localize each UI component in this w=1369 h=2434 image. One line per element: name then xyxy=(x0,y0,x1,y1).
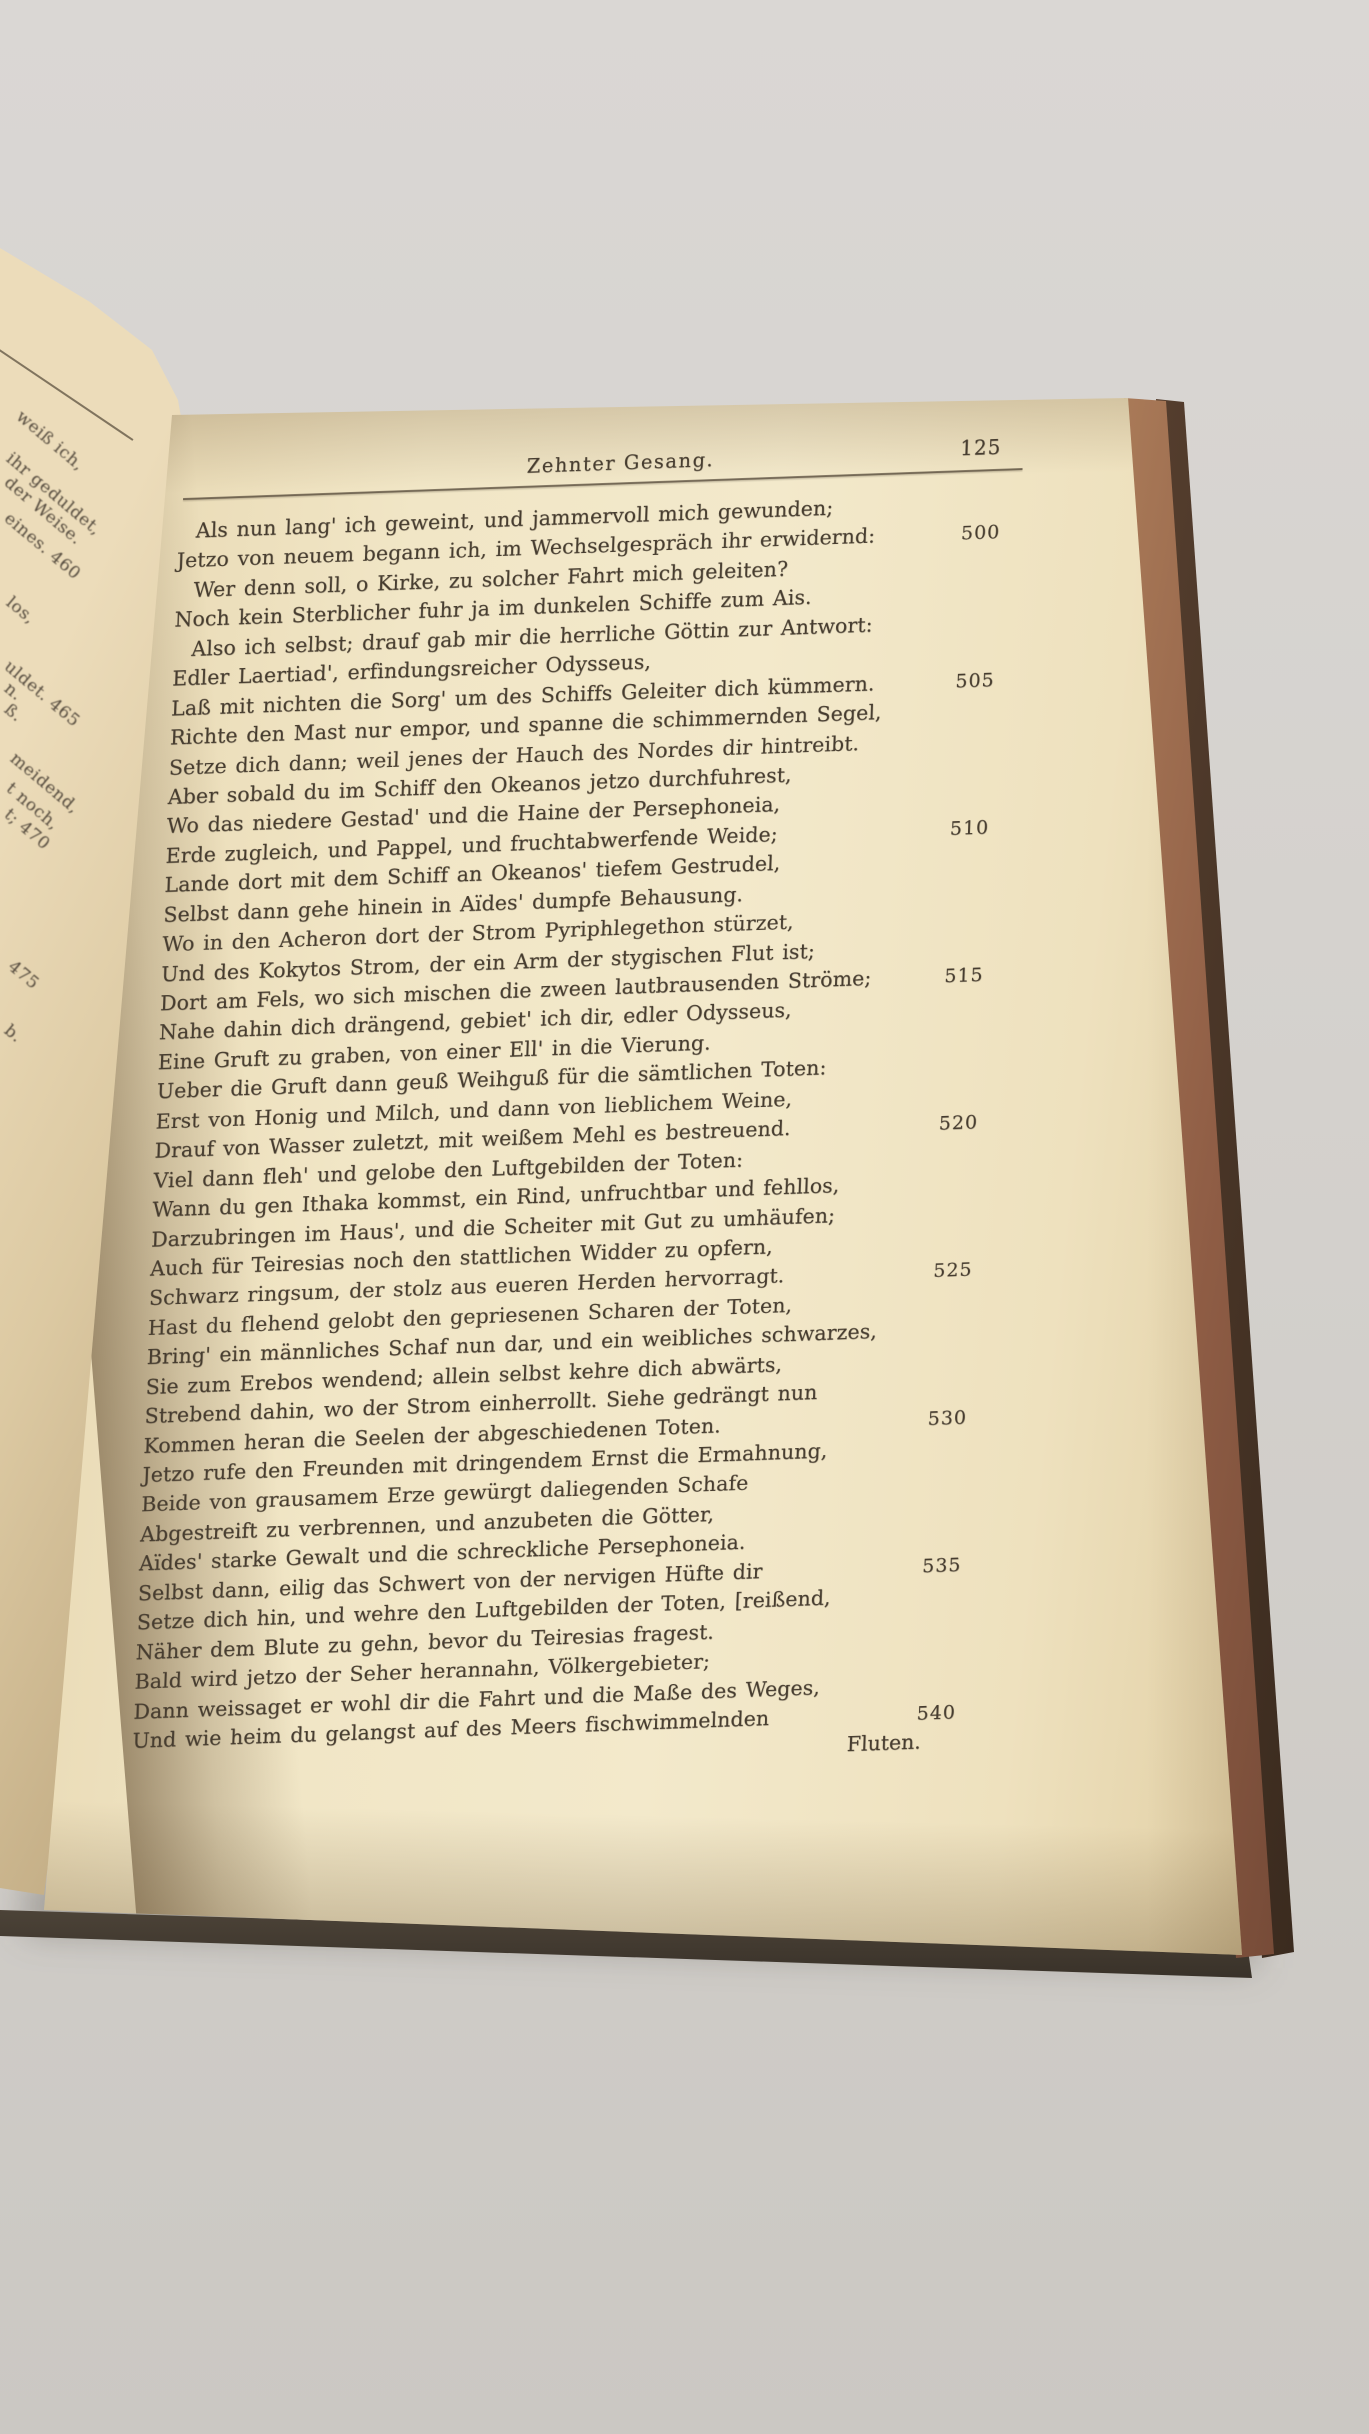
verse-line-number xyxy=(957,1688,981,1689)
closing-word: Fluten. xyxy=(846,1730,921,1757)
verse-line-number xyxy=(986,921,1010,922)
verse-line-number: 510 xyxy=(949,815,1013,839)
verse-line-number: 525 xyxy=(933,1258,997,1282)
verse-line-number xyxy=(974,1216,998,1217)
verse-line-number xyxy=(958,1658,982,1659)
verse-line-number xyxy=(977,1157,1001,1158)
verse-line-number: 505 xyxy=(955,668,1019,692)
page-text-block: Zehnter Gesang. 125 Als nun lang' ich ge… xyxy=(131,437,1028,1788)
verse-line-number: 520 xyxy=(938,1110,1002,1134)
verse-line-number xyxy=(969,1363,993,1364)
verse-line-number xyxy=(963,1511,987,1512)
verse-line-number xyxy=(981,1039,1005,1040)
verse-line-number xyxy=(987,891,1011,892)
verse-line-number: 535 xyxy=(922,1553,986,1577)
verse-line-number xyxy=(973,1245,997,1246)
verse-line-number: 540 xyxy=(916,1700,980,1724)
verse-line-number xyxy=(965,1481,989,1482)
verse-line-number xyxy=(968,1393,992,1394)
verse-line-number xyxy=(966,1452,990,1453)
verse-line-number xyxy=(988,862,1012,863)
verse-line-number xyxy=(998,596,1022,597)
verse-line-number xyxy=(990,803,1014,804)
verse-line-number xyxy=(971,1304,995,1305)
verse-line-number xyxy=(992,744,1016,745)
verse-line-number xyxy=(1001,508,1025,509)
left-page-fragment: b. xyxy=(0,1021,26,1047)
left-page-fragment: 475 xyxy=(4,957,43,994)
verse-line-number xyxy=(962,1540,986,1541)
left-page-fragment: ß. xyxy=(0,700,26,727)
left-page-fragment: los, xyxy=(2,593,39,629)
verse-line-number xyxy=(993,714,1017,715)
verse-line-number xyxy=(976,1186,1000,1187)
verse-line-number xyxy=(984,950,1008,951)
verse-line-number xyxy=(996,655,1020,656)
verse-line-number: 515 xyxy=(944,963,1008,987)
verse-line-number: 500 xyxy=(961,520,1025,544)
verse-list: Als nun lang' ich geweint, und jammervol… xyxy=(132,489,1026,1758)
verse-line-number xyxy=(997,626,1021,627)
verse-line-number xyxy=(980,1068,1004,1069)
verse-line-number: 530 xyxy=(927,1405,991,1429)
verse-line-number xyxy=(959,1629,983,1630)
verse-line-number xyxy=(979,1098,1003,1099)
page-number: 125 xyxy=(960,435,1002,461)
verse-line-number xyxy=(999,567,1023,568)
verse-line-number xyxy=(991,773,1015,774)
verse-line-number xyxy=(982,1009,1006,1010)
verse-line-number xyxy=(960,1599,984,1600)
verse-line-number xyxy=(970,1334,994,1335)
